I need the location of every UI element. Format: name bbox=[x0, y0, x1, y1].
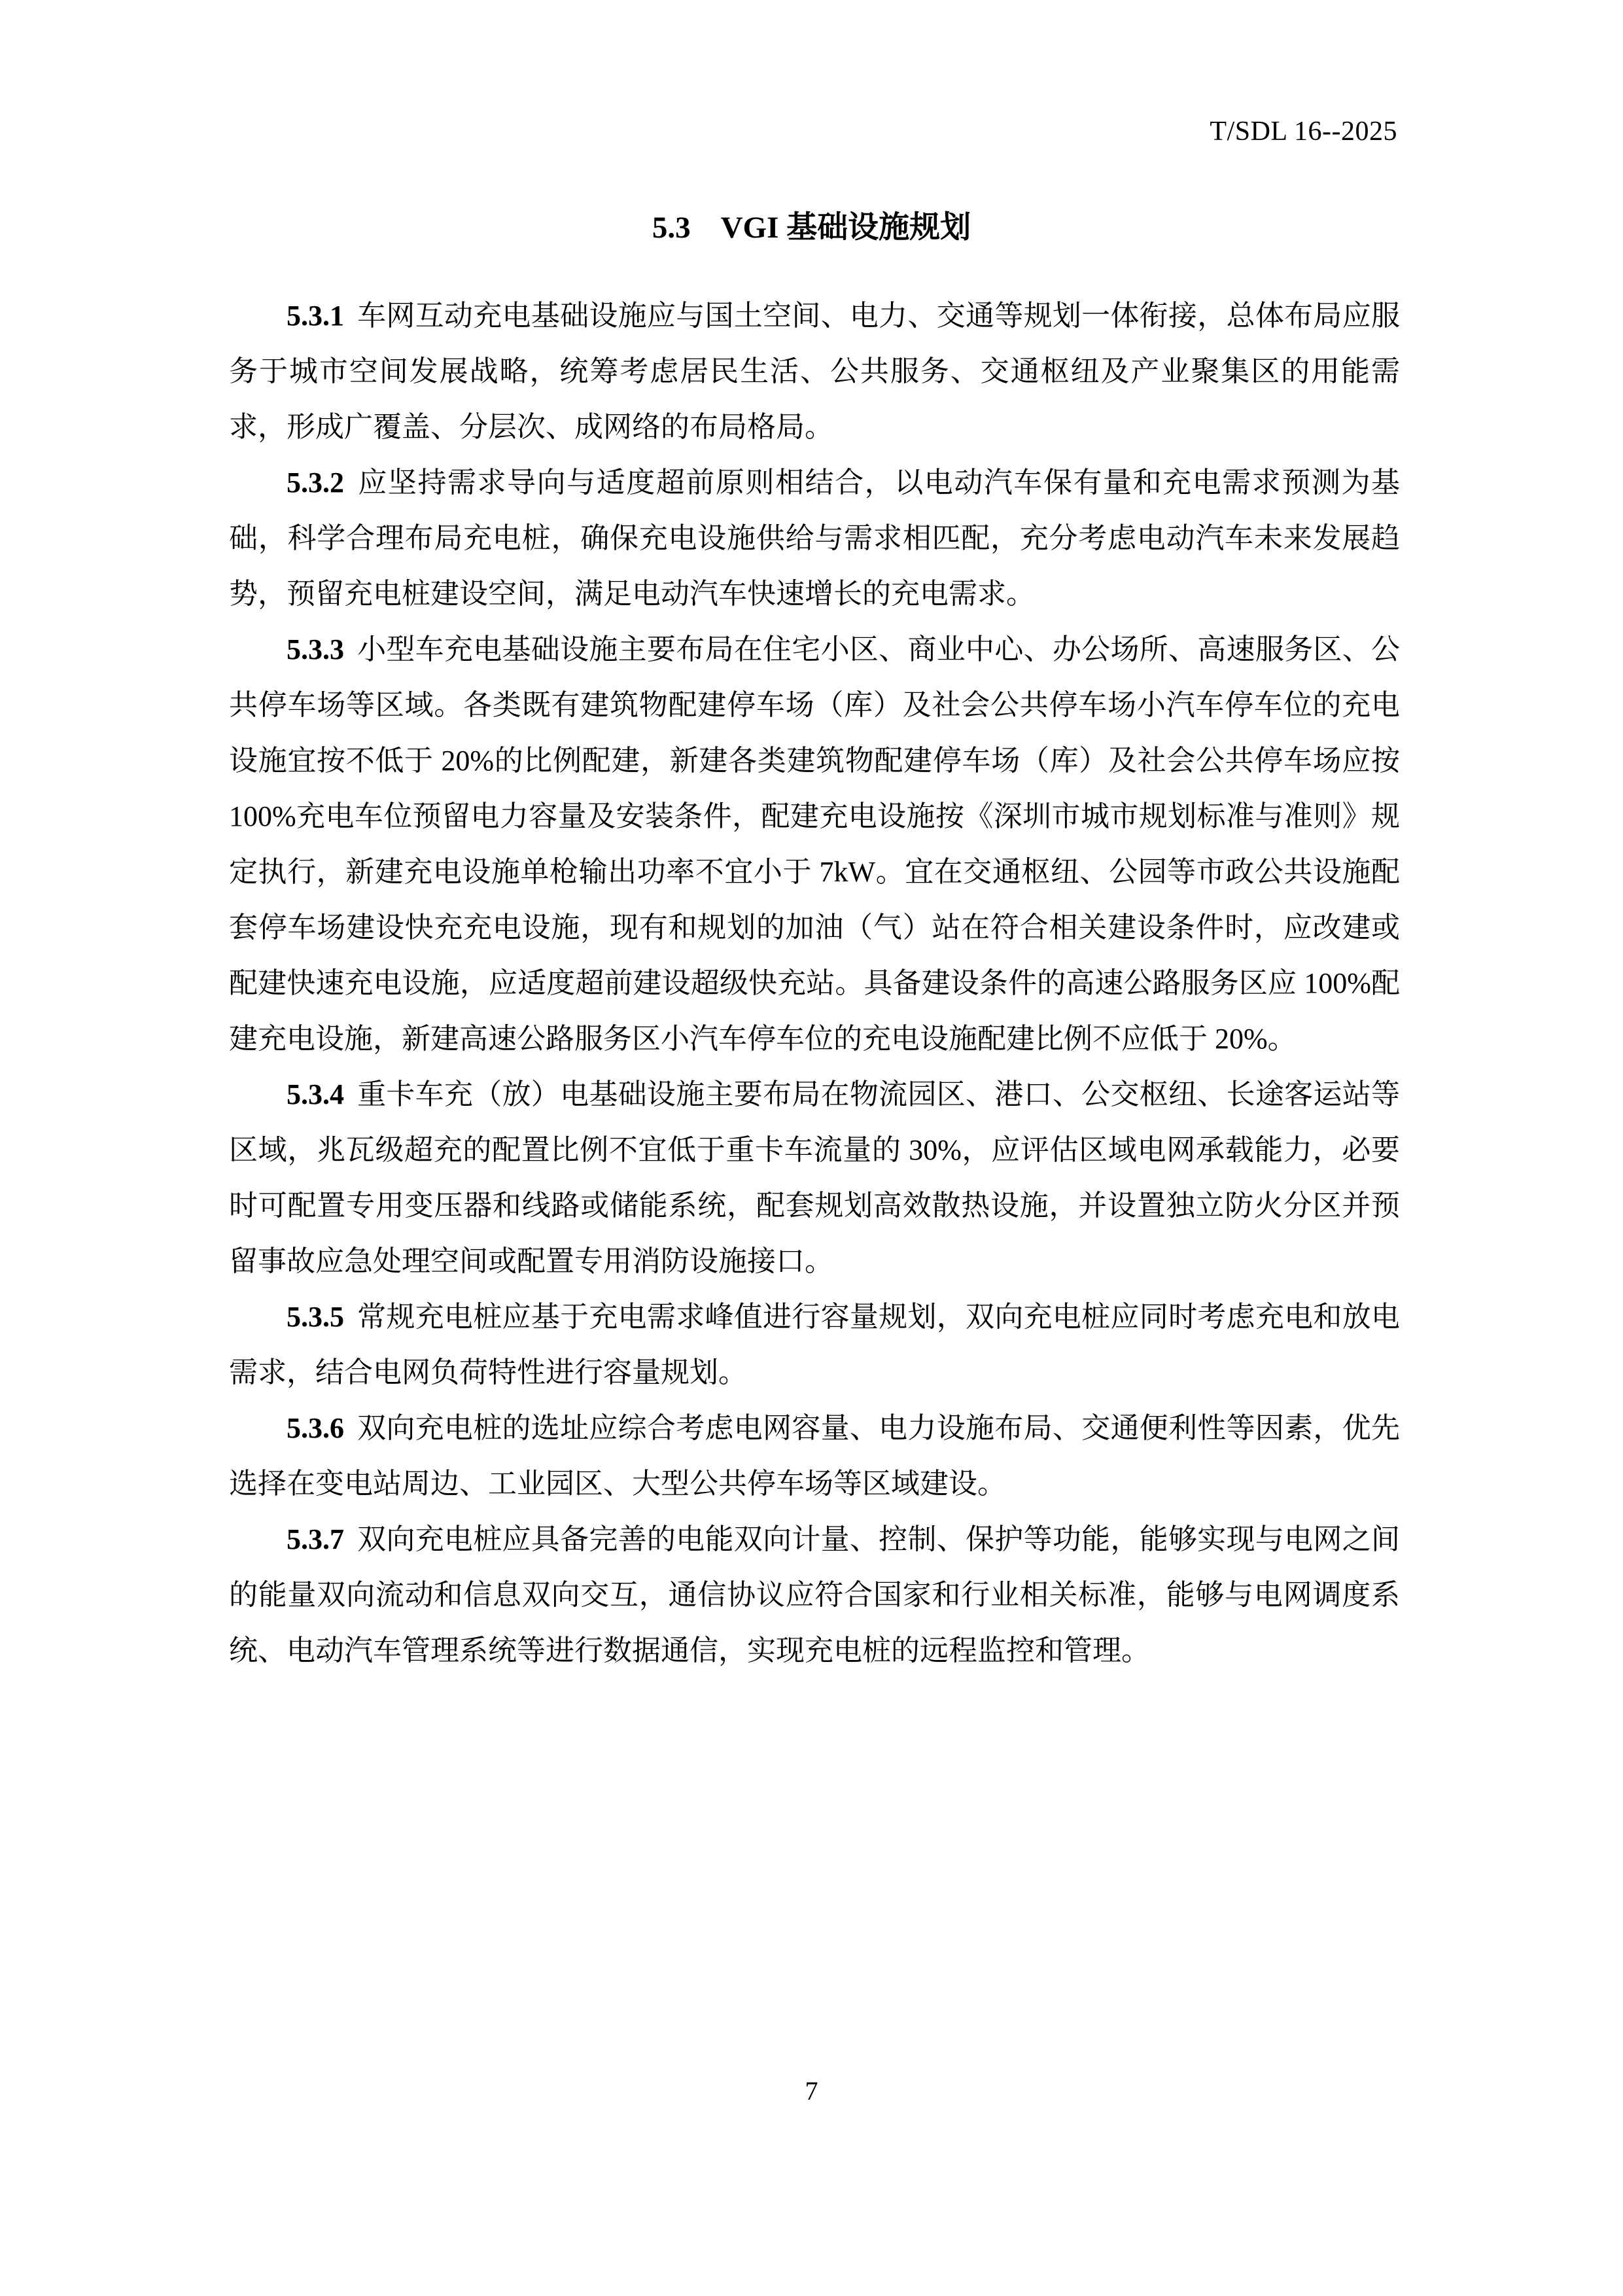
clause-5-3-6: 5.3.6双向充电桩的选址应综合考虑电网容量、电力设施布局、交通便利性等因素，优… bbox=[229, 1400, 1400, 1511]
document-code-header: T/SDL 16--2025 bbox=[1210, 115, 1397, 148]
clause-5-3-2: 5.3.2应坚持需求导向与适度超前原则相结合，以电动汽车保有量和充电需求预测为基… bbox=[229, 455, 1400, 622]
clause-text: 双向充电桩应具备完善的电能双向计量、控制、保护等功能，能够实现与电网之间的能量双… bbox=[229, 1523, 1400, 1667]
clause-number: 5.3.6 bbox=[287, 1412, 344, 1444]
clause-number: 5.3.4 bbox=[287, 1078, 344, 1110]
clause-text: 重卡车充（放）电基础设施主要布局在物流园区、港口、公交枢纽、长途客运站等区域，兆… bbox=[229, 1078, 1400, 1277]
document-page: T/SDL 16--2025 5.3VGI 基础设施规划 5.3.1车网互动充电… bbox=[0, 0, 1623, 2296]
clause-5-3-5: 5.3.5常规充电桩应基于充电需求峰值进行容量规划，双向充电桩应同时考虑充电和放… bbox=[229, 1289, 1400, 1400]
clause-number: 5.3.1 bbox=[287, 300, 344, 332]
page-number: 7 bbox=[0, 2075, 1623, 2107]
clause-text: 常规充电桩应基于充电需求峰值进行容量规划，双向充电桩应同时考虑充电和放电需求，结… bbox=[229, 1301, 1400, 1388]
clause-number: 5.3.2 bbox=[287, 467, 344, 499]
clause-text: 小型车充电基础设施主要布局在住宅小区、商业中心、办公场所、高速服务区、公共停车场… bbox=[229, 633, 1400, 1055]
clause-number: 5.3.7 bbox=[287, 1523, 344, 1555]
clause-text: 车网互动充电基础设施应与国土空间、电力、交通等规划一体衔接，总体布局应服务于城市… bbox=[229, 300, 1400, 443]
clause-number: 5.3.5 bbox=[287, 1301, 344, 1333]
clause-5-3-7: 5.3.7双向充电桩应具备完善的电能双向计量、控制、保护等功能，能够实现与电网之… bbox=[229, 1511, 1400, 1678]
clause-text: 应坚持需求导向与适度超前原则相结合，以电动汽车保有量和充电需求预测为基础，科学合… bbox=[229, 467, 1400, 610]
clause-number: 5.3.3 bbox=[287, 633, 344, 665]
section-title: VGI 基础设施规划 bbox=[721, 211, 971, 245]
clause-5-3-3: 5.3.3小型车充电基础设施主要布局在住宅小区、商业中心、办公场所、高速服务区、… bbox=[229, 622, 1400, 1067]
section-heading: 5.3VGI 基础设施规划 bbox=[0, 207, 1623, 249]
section-body: 5.3.1车网互动充电基础设施应与国土空间、电力、交通等规划一体衔接，总体布局应… bbox=[229, 288, 1400, 1678]
clause-5-3-4: 5.3.4重卡车充（放）电基础设施主要布局在物流园区、港口、公交枢纽、长途客运站… bbox=[229, 1067, 1400, 1289]
section-number: 5.3 bbox=[652, 211, 691, 245]
clause-text: 双向充电桩的选址应综合考虑电网容量、电力设施布局、交通便利性等因素，优先选择在变… bbox=[229, 1412, 1400, 1500]
clause-5-3-1: 5.3.1车网互动充电基础设施应与国土空间、电力、交通等规划一体衔接，总体布局应… bbox=[229, 288, 1400, 455]
